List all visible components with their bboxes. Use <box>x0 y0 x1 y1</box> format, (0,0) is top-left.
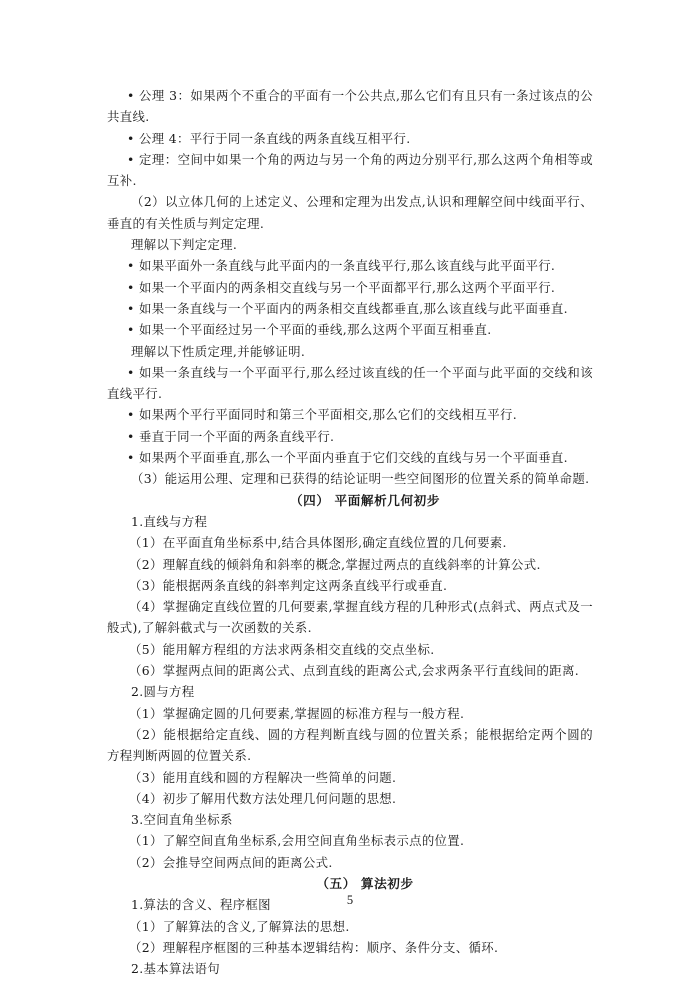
paragraph-algorithm-2: （2）理解程序框图的三种基本逻辑结构：顺序、条件分支、循环. <box>107 937 593 958</box>
document-page: • 公理 3：如果两个不重合的平面有一个公共点,那么它们有且只有一条过该点的公共… <box>107 85 593 979</box>
subsection-basic-statements: 2.基本算法语句 <box>107 958 593 979</box>
paragraph-item-2: （2）以立体几何的上述定义、公理和定理为出发点,认识和理解空间中线面平行、垂直的… <box>107 191 593 234</box>
paragraph-line-4: （4）掌握确定直线位置的几何要素,掌握直线方程的几种形式(点斜式、两点式及一般式… <box>107 596 593 639</box>
paragraph-circle-3: （3）能用直线和圆的方程解决一些简单的问题. <box>107 767 593 788</box>
paragraph-judgement-theorems-intro: 理解以下判定定理. <box>107 234 593 255</box>
section-heading-5: （五） 算法初步 <box>107 873 593 894</box>
paragraph-space-2: （2）会推导空间两点间的距离公式. <box>107 852 593 873</box>
page-number: 5 <box>0 893 700 908</box>
paragraph-item-3: （3）能运用公理、定理和已获得的结论证明一些空间图形的位置关系的简单命题. <box>107 468 593 489</box>
paragraph-line-2: （2）理解直线的倾斜角和斜率的概念,掌握过两点的直线斜率的计算公式. <box>107 554 593 575</box>
paragraph-line-6: （6）掌握两点间的距离公式、点到直线的距离公式,会求两条平行直线间的距离. <box>107 660 593 681</box>
bullet-axiom-3: • 公理 3：如果两个不重合的平面有一个公共点,那么它们有且只有一条过该点的公共… <box>107 85 593 128</box>
paragraph-circle-1: （1）掌握确定圆的几何要素,掌握圆的标准方程与一般方程. <box>107 703 593 724</box>
subsection-space-coordinates: 3.空间直角坐标系 <box>107 809 593 830</box>
bullet-judgement-4: • 如果一个平面经过另一个平面的垂线,那么这两个平面互相垂直. <box>107 319 593 340</box>
bullet-property-4: • 如果两个平面垂直,那么一个平面内垂直于它们交线的直线与另一个平面垂直. <box>107 447 593 468</box>
subsection-circle-equation: 2.圆与方程 <box>107 681 593 702</box>
paragraph-property-theorems-intro: 理解以下性质定理,并能够证明. <box>107 341 593 362</box>
subsection-line-equation: 1.直线与方程 <box>107 511 593 532</box>
paragraph-line-3: （3）能根据两条直线的斜率判定这两条直线平行或垂直. <box>107 575 593 596</box>
section-heading-4: （四） 平面解析几何初步 <box>107 490 593 511</box>
bullet-judgement-1: • 如果平面外一条直线与此平面内的一条直线平行,那么该直线与此平面平行. <box>107 255 593 276</box>
bullet-theorem-angles: • 定理：空间中如果一个角的两边与另一个角的两边分别平行,那么这两个角相等或互补… <box>107 149 593 192</box>
paragraph-space-1: （1）了解空间直角坐标系,会用空间直角坐标表示点的位置. <box>107 830 593 851</box>
bullet-property-1: • 如果一条直线与一个平面平行,那么经过该直线的任一个平面与此平面的交线和该直线… <box>107 362 593 405</box>
paragraph-line-5: （5）能用解方程组的方法求两条相交直线的交点坐标. <box>107 639 593 660</box>
paragraph-line-1: （1）在平面直角坐标系中,结合具体图形,确定直线位置的几何要素. <box>107 532 593 553</box>
bullet-judgement-2: • 如果一个平面内的两条相交直线与另一个平面都平行,那么这两个平面平行. <box>107 277 593 298</box>
bullet-judgement-3: • 如果一条直线与一个平面内的两条相交直线都垂直,那么该直线与此平面垂直. <box>107 298 593 319</box>
bullet-property-3: • 垂直于同一个平面的两条直线平行. <box>107 426 593 447</box>
paragraph-algorithm-1: （1）了解算法的含义,了解算法的思想. <box>107 916 593 937</box>
bullet-property-2: • 如果两个平行平面同时和第三个平面相交,那么它们的交线相互平行. <box>107 404 593 425</box>
bullet-axiom-4: • 公理 4：平行于同一条直线的两条直线互相平行. <box>107 128 593 149</box>
paragraph-circle-2: （2）能根据给定直线、圆的方程判断直线与圆的位置关系；能根据给定两个圆的方程判断… <box>107 724 593 767</box>
paragraph-circle-4: （4）初步了解用代数方法处理几何问题的思想. <box>107 788 593 809</box>
